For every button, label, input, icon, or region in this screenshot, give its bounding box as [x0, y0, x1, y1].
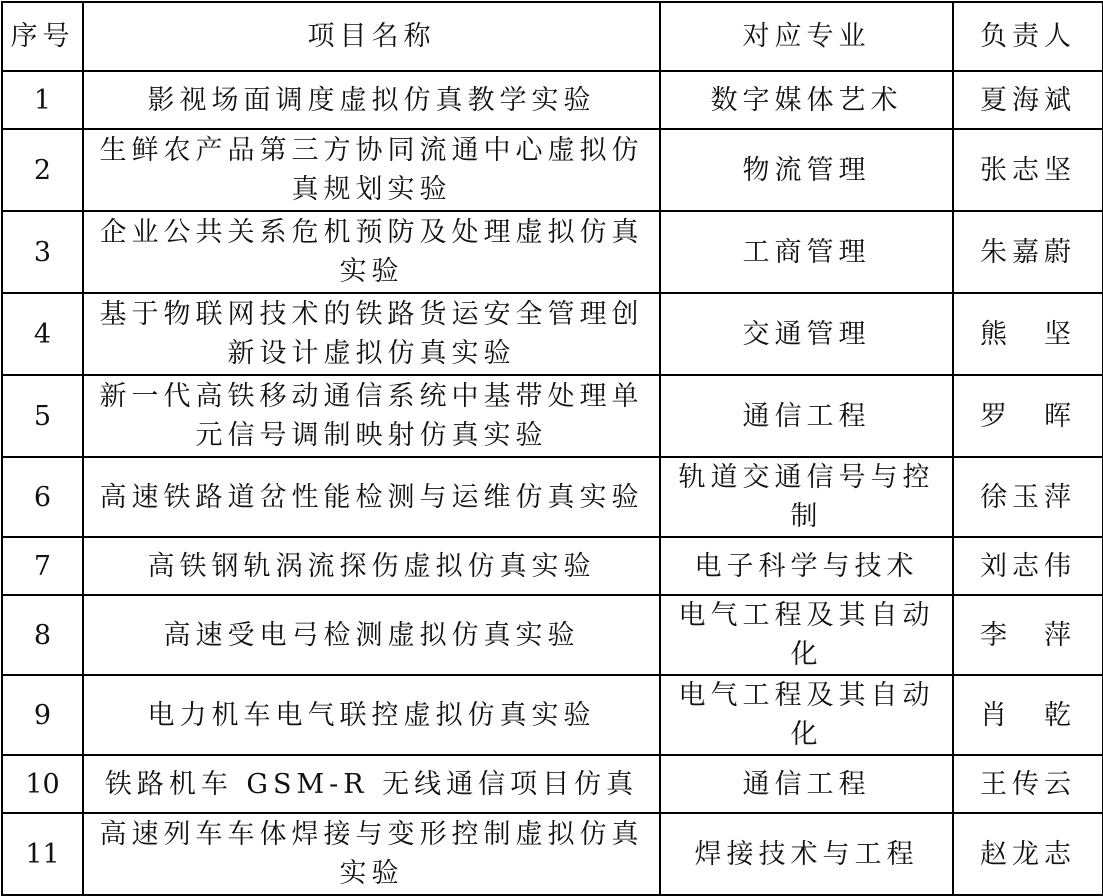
- cell-no: 6: [2, 457, 83, 537]
- table-row: 10 铁路机车 GSM-R 无线通信项目仿真 通信工程 王传云: [2, 755, 1103, 813]
- table-row: 4 基于物联网技术的铁路货运安全管理创新设计虚拟仿真实验 交通管理 熊 坚: [2, 293, 1103, 375]
- cell-no: 4: [2, 293, 83, 375]
- cell-person: 李 萍: [953, 595, 1103, 675]
- cell-major: 通信工程: [660, 755, 953, 813]
- cell-project-name: 铁路机车 GSM-R 无线通信项目仿真: [83, 755, 660, 813]
- cell-person: 赵龙志: [953, 813, 1103, 830]
- cell-person: 王传云: [953, 755, 1103, 813]
- cell-project-name: 高速受电弓检测虚拟仿真实验: [83, 595, 660, 675]
- table-row: 1 影视场面调度虚拟仿真教学实验 数字媒体艺术 夏海斌: [2, 71, 1103, 129]
- cell-no: 2: [2, 129, 83, 211]
- cell-major: 物流管理: [660, 129, 953, 211]
- table-row: 9 电力机车电气联控虚拟仿真实验 电气工程及其自动化 肖 乾: [2, 675, 1103, 755]
- cell-person: 肖 乾: [953, 675, 1103, 755]
- cell-major: 数字媒体艺术: [660, 71, 953, 129]
- table-row: 6 高速铁路道岔性能检测与运维仿真实验 轨道交通信号与控制 徐玉萍: [2, 457, 1103, 537]
- table-row: 7 高铁钢轨涡流探伤虚拟仿真实验 电子科学与技术 刘志伟: [2, 537, 1103, 595]
- cell-project-name: 高速铁路道岔性能检测与运维仿真实验: [83, 457, 660, 537]
- cell-major: 电气工程及其自动化: [660, 595, 953, 675]
- header-no: 序号: [2, 2, 83, 71]
- header-project-name: 项目名称: [83, 2, 660, 71]
- header-row: 序号 项目名称 对应专业 负责人: [2, 2, 1103, 71]
- cell-no: 7: [2, 537, 83, 595]
- cell-no: 11: [2, 813, 83, 830]
- cell-no: 3: [2, 211, 83, 293]
- project-table: 序号 项目名称 对应专业 负责人 1 影视场面调度虚拟仿真教学实验 数字媒体艺术…: [1, 1, 1103, 830]
- cell-project-name: 电力机车电气联控虚拟仿真实验: [83, 675, 660, 755]
- cell-no: 9: [2, 675, 83, 755]
- cell-project-name: 高速列车车体焊接与变形控制虚拟仿真实验: [83, 813, 660, 830]
- cell-no: 8: [2, 595, 83, 675]
- cell-project-name: 基于物联网技术的铁路货运安全管理创新设计虚拟仿真实验: [83, 293, 660, 375]
- cell-project-name: 生鲜农产品第三方协同流通中心虚拟仿真规划实验: [83, 129, 660, 211]
- cell-no: 5: [2, 375, 83, 457]
- cell-project-name: 影视场面调度虚拟仿真教学实验: [83, 71, 660, 129]
- cell-major: 工商管理: [660, 211, 953, 293]
- cell-person: 熊 坚: [953, 293, 1103, 375]
- cell-person: 徐玉萍: [953, 457, 1103, 537]
- table-row: 8 高速受电弓检测虚拟仿真实验 电气工程及其自动化 李 萍: [2, 595, 1103, 675]
- cell-major: 电气工程及其自动化: [660, 675, 953, 755]
- cell-major: 电子科学与技术: [660, 537, 953, 595]
- table-row: 2 生鲜农产品第三方协同流通中心虚拟仿真规划实验 物流管理 张志坚: [2, 129, 1103, 211]
- cell-person: 刘志伟: [953, 537, 1103, 595]
- cell-major: 交通管理: [660, 293, 953, 375]
- table-row: 11 高速列车车体焊接与变形控制虚拟仿真实验 焊接技术与工程 赵龙志: [2, 813, 1103, 830]
- header-person: 负责人: [953, 2, 1103, 71]
- table-row: 3 企业公共关系危机预防及处理虚拟仿真实验 工商管理 朱嘉蔚: [2, 211, 1103, 293]
- cell-major: 通信工程: [660, 375, 953, 457]
- cell-project-name: 新一代高铁移动通信系统中基带处理单元信号调制映射仿真实验: [83, 375, 660, 457]
- cell-person: 张志坚: [953, 129, 1103, 211]
- cell-person: 朱嘉蔚: [953, 211, 1103, 293]
- cell-project-name: 高铁钢轨涡流探伤虚拟仿真实验: [83, 537, 660, 595]
- header-major: 对应专业: [660, 2, 953, 71]
- cell-major: 轨道交通信号与控制: [660, 457, 953, 537]
- cell-major: 焊接技术与工程: [660, 813, 953, 830]
- cell-person: 罗 晖: [953, 375, 1103, 457]
- cell-no: 1: [2, 71, 83, 129]
- cell-project-name: 企业公共关系危机预防及处理虚拟仿真实验: [83, 211, 660, 293]
- cell-person: 夏海斌: [953, 71, 1103, 129]
- table-row: 5 新一代高铁移动通信系统中基带处理单元信号调制映射仿真实验 通信工程 罗 晖: [2, 375, 1103, 457]
- cell-no: 10: [2, 755, 83, 813]
